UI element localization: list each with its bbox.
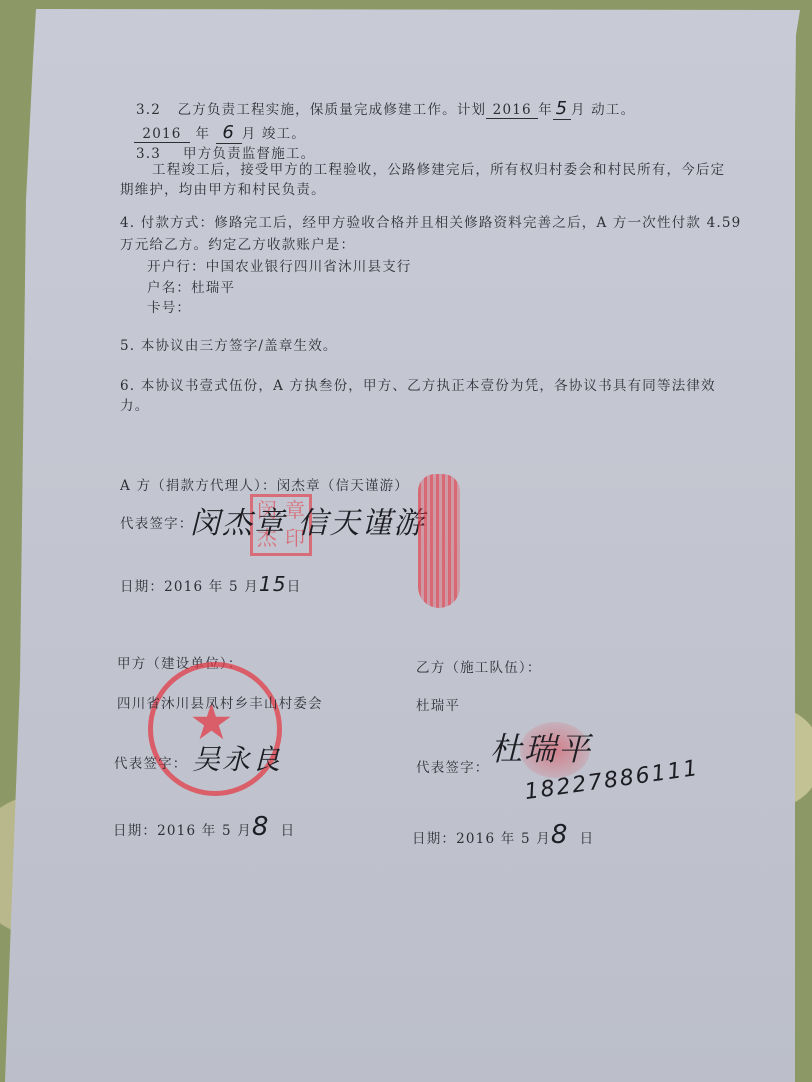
start-month-handwritten: 5 [553, 98, 571, 120]
party-a-sign-label: 代表签字： [120, 512, 194, 532]
party-yi-date: 日期：2016 年 5 月8 日 [412, 820, 594, 850]
party-jia-sign-label: 代表签字： [114, 752, 188, 772]
date-label: 日期：2016 年 5 月 [120, 579, 259, 595]
date-label: 日期：2016 年 5 月 [412, 831, 551, 847]
clause-4-line1: 4. 付款方式：修路完工后，经甲方验收合格并且相关修路资料完善之后，A 方一次性… [120, 211, 741, 231]
account-name: 户名：杜瑞平 [147, 276, 235, 296]
clause-3-2-line2: 2016 年 6月 竣工。 [134, 122, 306, 144]
month-char: 月 [571, 102, 586, 118]
party-a-title: A 方（捐款方代理人）：闵杰章（信天谨游） [120, 474, 409, 494]
start-year-field: 2016 [486, 102, 538, 119]
bank-name: 开户行：中国农业银行四川省沐川县支行 [147, 255, 412, 275]
clause-6-line2: 力。 [120, 394, 149, 414]
date-label: 日期：2016 年 5 月 [113, 823, 252, 839]
party-a-oval-seal [418, 474, 460, 608]
date-suffix: 日 [580, 831, 595, 847]
party-yi-title: 乙方（施工队伍）： [416, 656, 542, 676]
date-day-handwritten: 15 [259, 572, 287, 596]
date-suffix: 日 [281, 823, 296, 839]
party-jia-org: 四川省沐川县凤村乡丰山村委会 [117, 692, 323, 712]
end-month-handwritten: 6 [216, 122, 242, 144]
party-a-signature: 闵杰章 信天谨游 [190, 498, 426, 542]
party-yi-signature: 杜瑞平 [490, 724, 592, 770]
start-suffix: 动工。 [591, 102, 635, 118]
end-suffix: 竣工。 [262, 126, 306, 142]
clause-number: 3.2 [136, 102, 161, 118]
end-year-field: 2016 [134, 126, 190, 143]
clause-text: 乙方负责工程实施，保质量完成修建工作。计划 [178, 102, 487, 118]
card-number-label: 卡号： [147, 296, 191, 316]
ownership-line1: 工程竣工后，接受甲方的工程验收，公路修建完后，所有权归村委会和村民所有，今后定 [152, 158, 725, 178]
ownership-line2: 期维护，均由甲方和村民负责。 [120, 178, 326, 198]
year-char: 年 [538, 102, 553, 118]
clause-6-line1: 6. 本协议书壹式伍份，A 方执叁份，甲方、乙方执正本壹份为凭，各协议书具有同等… [120, 374, 716, 394]
clause-5: 5. 本协议由三方签字/盖章生效。 [120, 334, 338, 354]
party-yi-sign-label: 代表签字： [416, 756, 490, 776]
date-day-handwritten: 8 [551, 820, 569, 850]
date-suffix: 日 [287, 579, 302, 595]
party-jia-date: 日期：2016 年 5 月8 日 [113, 812, 295, 842]
party-jia-signature: 吴永良 [192, 738, 282, 778]
clause-4-line2: 万元给乙方。约定乙方收款账户是： [120, 233, 355, 253]
party-a-date: 日期：2016 年 5 月15日 [120, 572, 301, 596]
party-yi-name: 杜瑞平 [416, 694, 460, 714]
clause-3-2-line1: 3.2 乙方负责工程实施，保质量完成修建工作。计划2016年5月 动工。 [136, 98, 635, 120]
date-day-handwritten: 8 [252, 812, 270, 842]
